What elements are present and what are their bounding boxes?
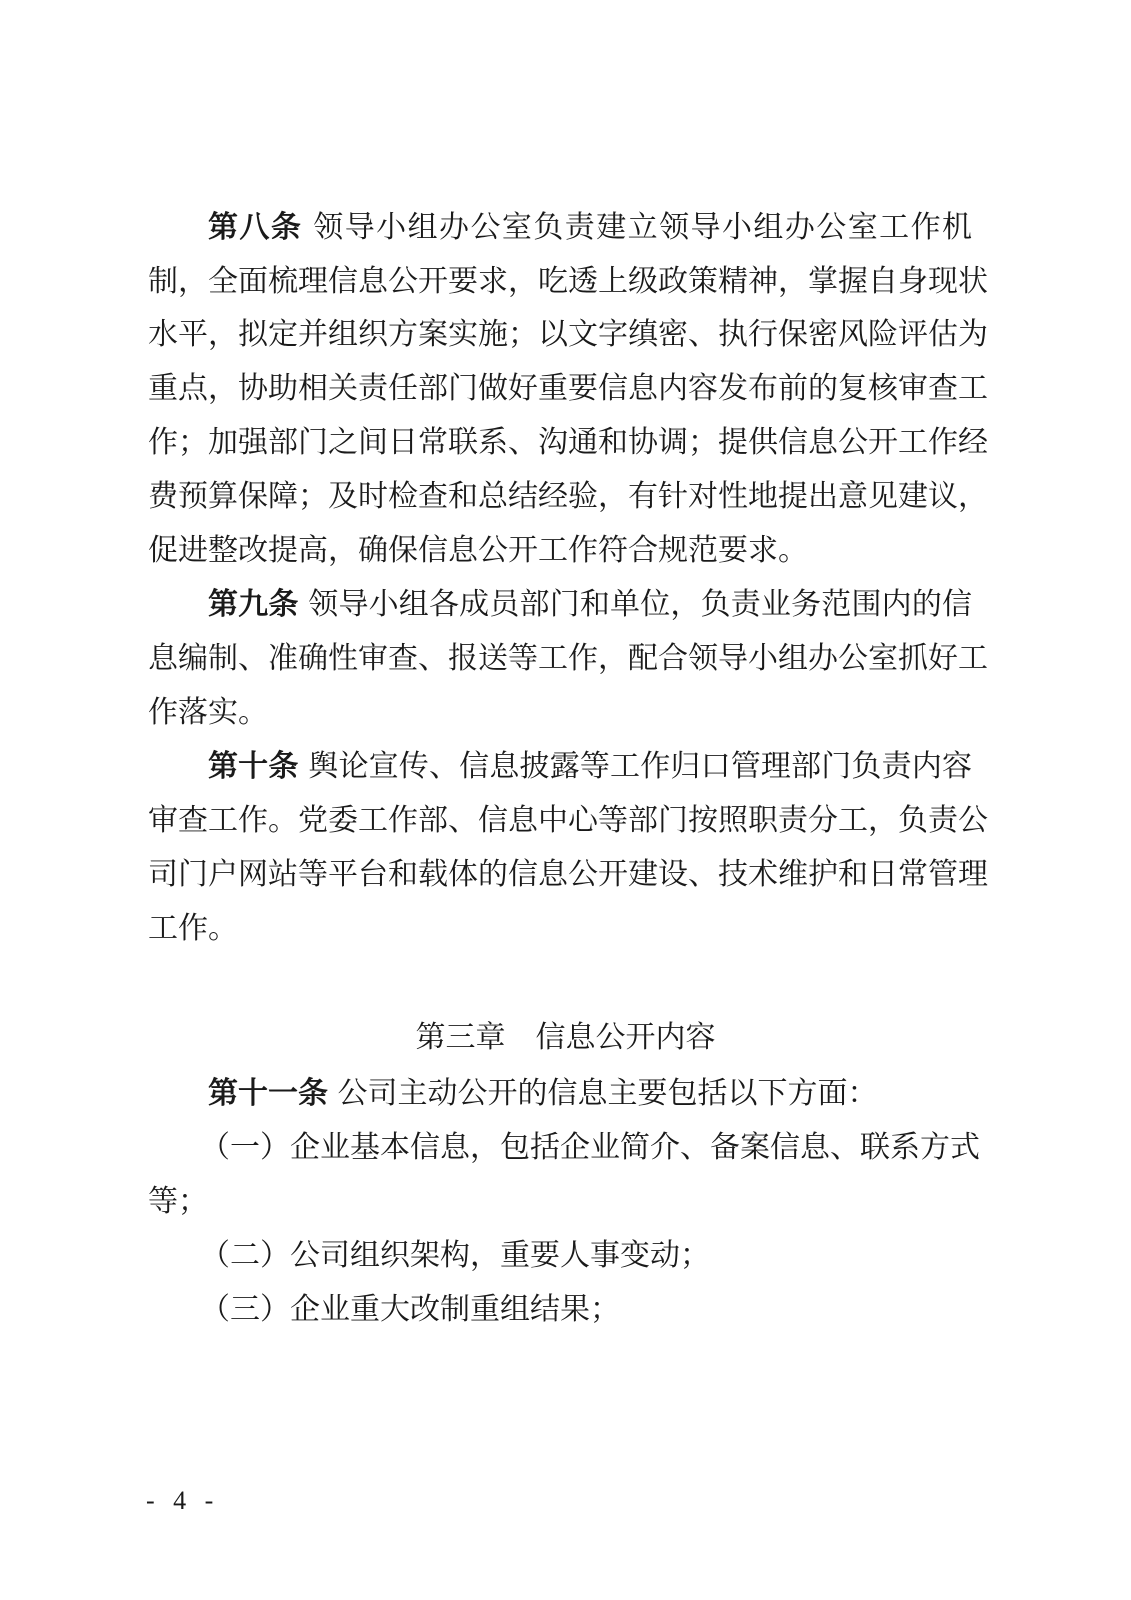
chapter-title: 信息公开内容 — [536, 1020, 716, 1055]
article-11-item-2: （二）公司组织架构，重要人事变动； — [200, 1236, 964, 1276]
article-11-line-1: 第十一条 公司主动公开的信息主要包括以下方面： — [208, 1074, 972, 1114]
article-9-line-2: 息编制、准确性审查、报送等工作，配合领导小组办公室抓好工 — [148, 639, 972, 679]
article-11-item-3: （三）企业重大改制重组结果； — [200, 1290, 964, 1330]
article-8-line-6: 费预算保障；及时检查和总结经验，有针对性地提出意见建议， — [148, 477, 972, 517]
article-8-text: 领导小组办公室负责建立领导小组办公室工作机 — [313, 210, 972, 245]
chapter-heading: 第三章信息公开内容 — [0, 1018, 1131, 1058]
page-number: - 4 - — [146, 1486, 219, 1516]
article-8-line-5: 作；加强部门之间日常联系、沟通和协调；提供信息公开工作经 — [148, 423, 972, 463]
article-10-line-3: 司门户网站等平台和载体的信息公开建设、技术维护和日常管理 — [148, 855, 972, 895]
article-8-line-1: 第八条 领导小组办公室负责建立领导小组办公室工作机 — [208, 208, 972, 248]
article-9-label: 第九条 — [208, 587, 299, 622]
article-11-item-1-line-2: 等； — [148, 1182, 972, 1222]
article-11-item-1-line-1: （一）企业基本信息，包括企业简介、备案信息、联系方式 — [200, 1128, 972, 1168]
article-9-text: 领导小组各成员部门和单位，负责业务范围内的信 — [308, 587, 972, 622]
article-8-line-3: 水平，拟定并组织方案实施；以文字缜密、执行保密风险评估为 — [148, 315, 972, 355]
article-11-label: 第十一条 — [208, 1076, 328, 1111]
article-8-label: 第八条 — [208, 210, 302, 245]
article-10-text: 舆论宣传、信息披露等工作归口管理部门负责内容 — [308, 749, 972, 784]
article-9-line-1: 第九条 领导小组各成员部门和单位，负责业务范围内的信 — [208, 585, 972, 625]
article-10-label: 第十条 — [208, 749, 299, 784]
article-8-line-2: 制，全面梳理信息公开要求，吃透上级政策精神，掌握自身现状 — [148, 262, 972, 302]
article-10-line-2: 审查工作。党委工作部、信息中心等部门按照职责分工，负责公 — [148, 801, 972, 841]
article-8-line-4: 重点，协助相关责任部门做好重要信息内容发布前的复核审查工 — [148, 369, 972, 409]
article-9-line-3: 作落实。 — [148, 693, 972, 733]
document-page: 第八条 领导小组办公室负责建立领导小组办公室工作机 制，全面梳理信息公开要求，吃… — [0, 0, 1131, 1600]
article-8-line-7: 促进整改提高，确保信息公开工作符合规范要求。 — [148, 531, 972, 571]
article-10-line-1: 第十条 舆论宣传、信息披露等工作归口管理部门负责内容 — [208, 747, 972, 787]
chapter-number: 第三章 — [416, 1020, 506, 1055]
article-10-line-4: 工作。 — [148, 909, 972, 949]
article-11-text: 公司主动公开的信息主要包括以下方面： — [338, 1076, 878, 1111]
